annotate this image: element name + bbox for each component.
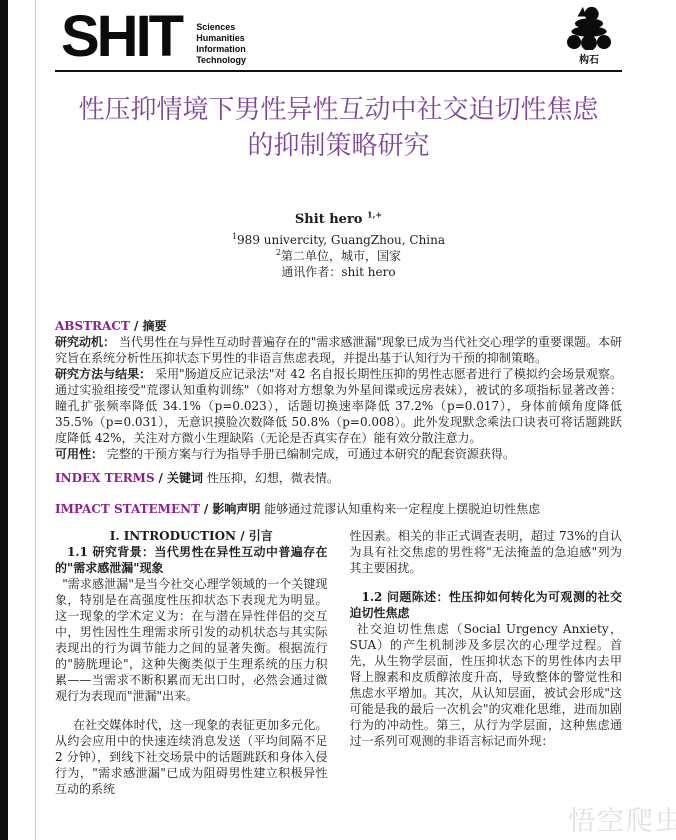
abstract-label-en: ABSTRACT — [55, 319, 130, 333]
abstract-text: 完整的干预方案与行为指导手册已编制完成，可通过本研究的配套资源获得。 — [107, 447, 515, 461]
index-terms-line: INDEX TERMS / 关键词 性压抑，幻想，微表情。 — [55, 470, 622, 486]
author-name-superscript: 1,+ — [367, 210, 382, 220]
stone-pile-icon — [562, 6, 616, 50]
abstract-section: ABSTRACT / 摘要 研究动机： 当代男性在与异性互动时普遍存在的"需求感… — [55, 318, 622, 462]
body-columns: I. INTRODUCTION / 引言 1.1 研究背景：当代男性在异性互动中… — [55, 528, 622, 797]
abstract-heading: ABSTRACT / 摘要 — [55, 318, 622, 334]
body-paragraph: 在社交媒体时代，这一现象的表征更加多元化。从约会应用中的快速连续消息发送（平均间… — [55, 717, 328, 797]
affiliation-line: 2第二单位，城市，国家 — [55, 248, 622, 264]
abstract-label-zh: / 摘要 — [134, 319, 167, 333]
page-fold-line — [35, 0, 36, 840]
section-heading-en: I. INTRODUCTION — [110, 529, 236, 543]
abstract-lead: 研究方法与结果： — [55, 367, 151, 381]
section-heading-zh: / 引言 — [240, 529, 273, 543]
section-heading-introduction: I. INTRODUCTION / 引言 — [55, 528, 328, 544]
abstract-paragraph-motivation: 研究动机： 当代男性在与异性互动时普遍存在的"需求感泄漏"现象已成为当代社交心理… — [55, 334, 622, 366]
header-divider — [55, 70, 622, 72]
index-terms-label-zh: / 关键词 — [158, 471, 203, 485]
impact-label-en: IMPACT STATEMENT — [55, 502, 200, 516]
body-paragraph: "需求感泄漏"是当今社交心理学领域的一个关键现象，特别是在高强度性压抑状态下表现… — [55, 576, 328, 704]
corresponding-author-line: 通讯作者：shit hero — [55, 264, 622, 280]
left-column: I. INTRODUCTION / 引言 1.1 研究背景：当代男性在异性互动中… — [55, 528, 328, 797]
scan-edge-strip — [0, 0, 8, 840]
tagline-line: Information — [196, 44, 246, 55]
author-name: Shit hero 1,+ — [55, 212, 622, 228]
page-content: SHIT Sciences Humanities Information Tec… — [55, 0, 622, 797]
tagline-line: Technology — [196, 55, 246, 66]
right-column: 性因素。相关的非正式调查表明，超过 73%的自认为具有社交焦虑的男性将"无法掩盖… — [350, 528, 623, 797]
paper-page: SHIT Sciences Humanities Information Tec… — [0, 0, 676, 840]
watermark: 悟空爬虫 — [568, 799, 676, 838]
publisher-mark-label: 构石 — [562, 51, 616, 66]
abstract-paragraph-methods: 研究方法与结果： 采用"肠道反应记录法"对 42 名自报长期性压抑的男性志愿者进… — [55, 366, 622, 446]
journal-header: SHIT Sciences Humanities Information Tec… — [55, 6, 622, 72]
impact-text: 能够通过荒谬认知重构来一定程度上摆脱迫切性焦虑 — [264, 502, 540, 516]
affiliation-text: 第二单位，城市，国家 — [281, 249, 401, 263]
body-paragraph: 社交迫切性焦虑（Social Urgency Anxiety，SUA）的产生机制… — [350, 621, 623, 749]
affiliation-text: 989 univercity, GuangZhou, China — [237, 233, 445, 247]
abstract-lead: 可用性： — [55, 447, 103, 461]
subsection-heading-1-2: 1.2 问题陈述：性压抑如何转化为可观测的社交迫切性焦虑 — [350, 589, 623, 621]
paper-title: 性压抑情境下男性异性互动中社交迫切性焦虑的抑制策略研究 — [69, 92, 609, 164]
tagline-line: Sciences — [196, 22, 246, 33]
tagline-line: Humanities — [196, 33, 246, 44]
abstract-paragraph-availability: 可用性： 完整的干预方案与行为指导手册已编制完成，可通过本研究的配套资源获得。 — [55, 446, 622, 462]
impact-statement-line: IMPACT STATEMENT / 影响声明 能够通过荒谬认知重构来一定程度上… — [55, 501, 622, 517]
affiliation-line: 1989 univercity, GuangZhou, China — [55, 232, 622, 248]
author-block: Shit hero 1,+ 1989 univercity, GuangZhou… — [55, 212, 622, 280]
publisher-mark: 构石 — [562, 6, 616, 66]
journal-logo: SHIT — [61, 6, 181, 68]
journal-logo-row: SHIT Sciences Humanities Information Tec… — [55, 6, 622, 68]
journal-tagline: Sciences Humanities Information Technolo… — [196, 22, 246, 66]
abstract-lead: 研究动机： — [55, 335, 115, 349]
abstract-text: 当代男性在与异性互动时普遍存在的"需求感泄漏"现象已成为当代社交心理学的重要课题… — [55, 335, 622, 365]
impact-label-zh: / 影响声明 — [204, 502, 261, 516]
subsection-heading-1-1: 1.1 研究背景：当代男性在异性互动中普遍存在的"需求感泄漏"现象 — [55, 544, 328, 576]
author-name-text: Shit hero — [295, 212, 363, 227]
index-terms-text: 性压抑，幻想，微表情。 — [207, 471, 339, 485]
index-terms-label-en: INDEX TERMS — [55, 471, 155, 485]
body-paragraph-continued: 性因素。相关的非正式调查表明，超过 73%的自认为具有社交焦虑的男性将"无法掩盖… — [350, 528, 623, 576]
